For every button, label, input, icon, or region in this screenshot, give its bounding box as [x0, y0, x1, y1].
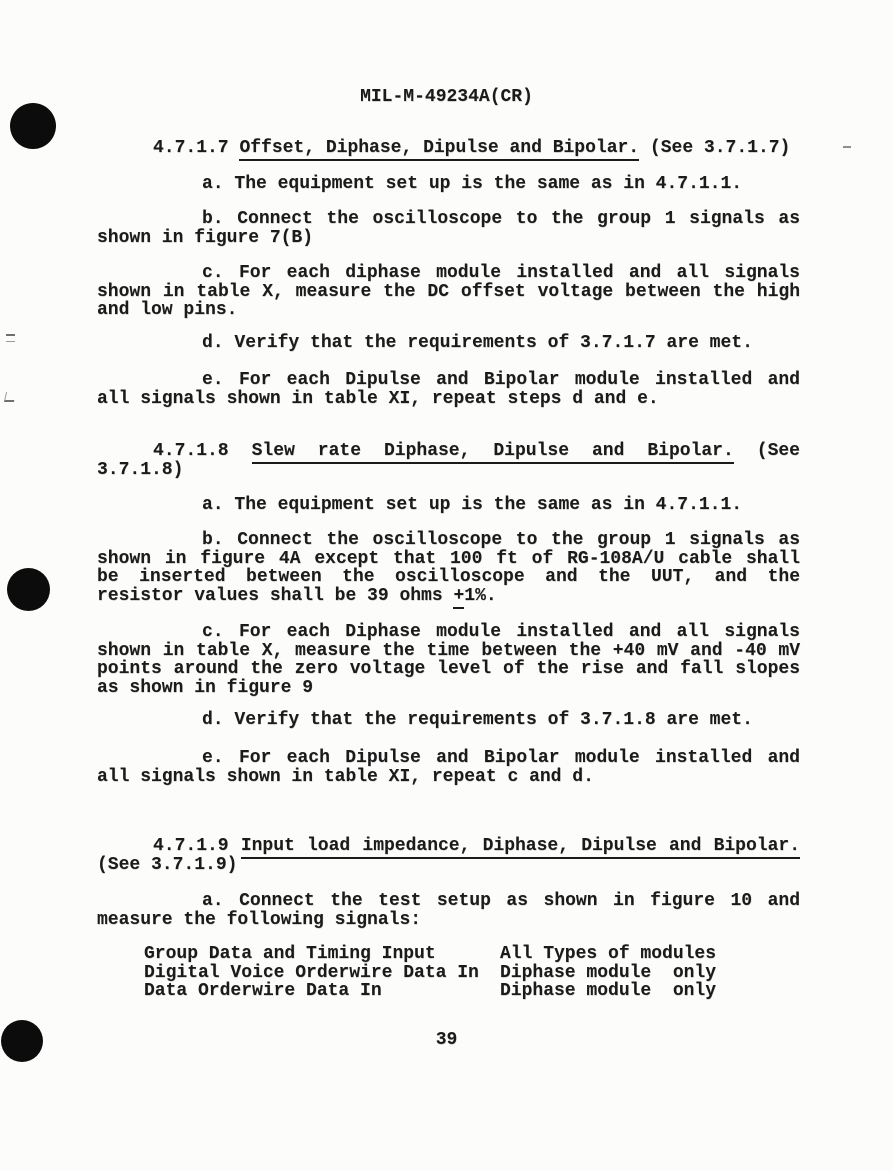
body-line: b. Connect the oscilloscope to the group… [97, 210, 800, 229]
para-4718-a: a. The equipment set up is the same as i… [97, 496, 800, 515]
para-4717-a: a. The equipment set up is the same as i… [97, 175, 800, 194]
body-line: as shown in figure 9 [97, 679, 800, 698]
body-line: a. The equipment set up is the same as i… [97, 175, 800, 194]
body-line: shown in figure 7(B) [97, 229, 800, 248]
section-see-ref: (See 3.7.1.7) [650, 138, 790, 158]
signal-name: Data Orderwire Data In [144, 982, 382, 1001]
body-line: d. Verify that the requirements of 3.7.1… [97, 334, 800, 353]
body-line: b. Connect the oscilloscope to the group… [97, 531, 800, 550]
body-line: e. For each Dipulse and Bipolar module i… [97, 371, 800, 390]
para-4718-d: d. Verify that the requirements of 3.7.1… [97, 711, 800, 730]
document-page: MIL-M-49234A(CR) 4.7.1.7 Offset, Diphase… [0, 0, 893, 1171]
plus-minus-sign: + [453, 586, 464, 609]
doc-id-header: MIL-M-49234A(CR) [0, 88, 893, 107]
scan-artifact [843, 146, 851, 148]
body-line: shown in table X, measure the time betwe… [97, 642, 800, 661]
section-heading-4-7-1-9: 4.7.1.9 Input load impedance, Diphase, D… [97, 837, 800, 874]
body-line: all signals shown in table XI, repeat st… [97, 390, 800, 409]
section-heading-4-7-1-7: 4.7.1.7 Offset, Diphase, Dipulse and Bip… [97, 139, 800, 158]
body-line: a. The equipment set up is the same as i… [97, 496, 800, 515]
table-row: Data Orderwire Data In Diphase module on… [97, 982, 800, 1001]
body-text: resistor values shall be 39 ohms [97, 586, 453, 606]
signal-name: Group Data and Timing Input [144, 945, 436, 964]
body-line: be inserted between the oscilloscope and… [97, 568, 800, 587]
doc-id-text: MIL-M-49234A(CR) [0, 88, 893, 107]
section-number: 4.7.1.9 [153, 836, 229, 856]
section-title-underlined: Input load impedance, Diphase, Dipulse a… [241, 836, 800, 859]
section-see-ref: (See [757, 441, 800, 461]
module-applicability: All Types of modules [500, 945, 716, 964]
body-line: and low pins. [97, 301, 800, 320]
page-number-text: 39 [0, 1031, 893, 1050]
para-4717-d: d. Verify that the requirements of 3.7.1… [97, 334, 800, 353]
punch-hole-top [10, 103, 56, 149]
signal-name: Digital Voice Orderwire Data In [144, 964, 479, 983]
para-4718-c: c. For each Diphase module installed and… [97, 623, 800, 697]
scan-artifact [6, 334, 15, 342]
section-number: 4.7.1.8 [153, 441, 229, 461]
scan-artifact [4, 392, 16, 402]
table-row: Group Data and Timing Input All Types of… [97, 945, 800, 964]
body-line: shown in figure 4A except that 100 ft of… [97, 550, 800, 569]
module-applicability: Diphase module only [500, 964, 716, 983]
body-text: 1%. [464, 586, 496, 606]
body-line: c. For each diphase module installed and… [97, 264, 800, 283]
para-4717-e: e. For each Dipulse and Bipolar module i… [97, 371, 800, 408]
body-line: a. Connect the test setup as shown in fi… [97, 892, 800, 911]
section-heading-4-7-1-8: 4.7.1.8 Slew rate Diphase, Dipulse and B… [97, 442, 800, 479]
body-line: all signals shown in table XI, repeat c … [97, 768, 800, 787]
section-title-underlined: Offset, Diphase, Dipulse and Bipolar. [239, 138, 639, 161]
body-line: measure the following signals: [97, 911, 800, 930]
para-4719-a: a. Connect the test setup as shown in fi… [97, 892, 800, 929]
punch-hole-middle [7, 568, 50, 611]
signal-table: Group Data and Timing Input All Types of… [97, 945, 800, 1001]
page-number: 39 [0, 1031, 893, 1050]
body-line: e. For each Dipulse and Bipolar module i… [97, 749, 800, 768]
heading-line: 4.7.1.8 Slew rate Diphase, Dipulse and B… [97, 442, 800, 461]
module-applicability: Diphase module only [500, 982, 716, 1001]
heading-line: 4.7.1.9 Input load impedance, Diphase, D… [97, 837, 800, 856]
para-4718-b: b. Connect the oscilloscope to the group… [97, 531, 800, 605]
para-4717-b: b. Connect the oscilloscope to the group… [97, 210, 800, 247]
body-line: resistor values shall be 39 ohms +1%. [97, 587, 800, 606]
body-line: shown in table X, measure the DC offset … [97, 283, 800, 302]
section-title-underlined: Slew rate Diphase, Dipulse and Bipolar. [252, 441, 734, 464]
para-4718-e: e. For each Dipulse and Bipolar module i… [97, 749, 800, 786]
body-line: c. For each Diphase module installed and… [97, 623, 800, 642]
section-number: 4.7.1.7 [153, 138, 229, 158]
body-line: d. Verify that the requirements of 3.7.1… [97, 711, 800, 730]
heading-line: 4.7.1.7 Offset, Diphase, Dipulse and Bip… [97, 139, 800, 158]
table-row: Digital Voice Orderwire Data In Diphase … [97, 964, 800, 983]
para-4717-c: c. For each diphase module installed and… [97, 264, 800, 320]
body-line: points around the zero voltage level of … [97, 660, 800, 679]
